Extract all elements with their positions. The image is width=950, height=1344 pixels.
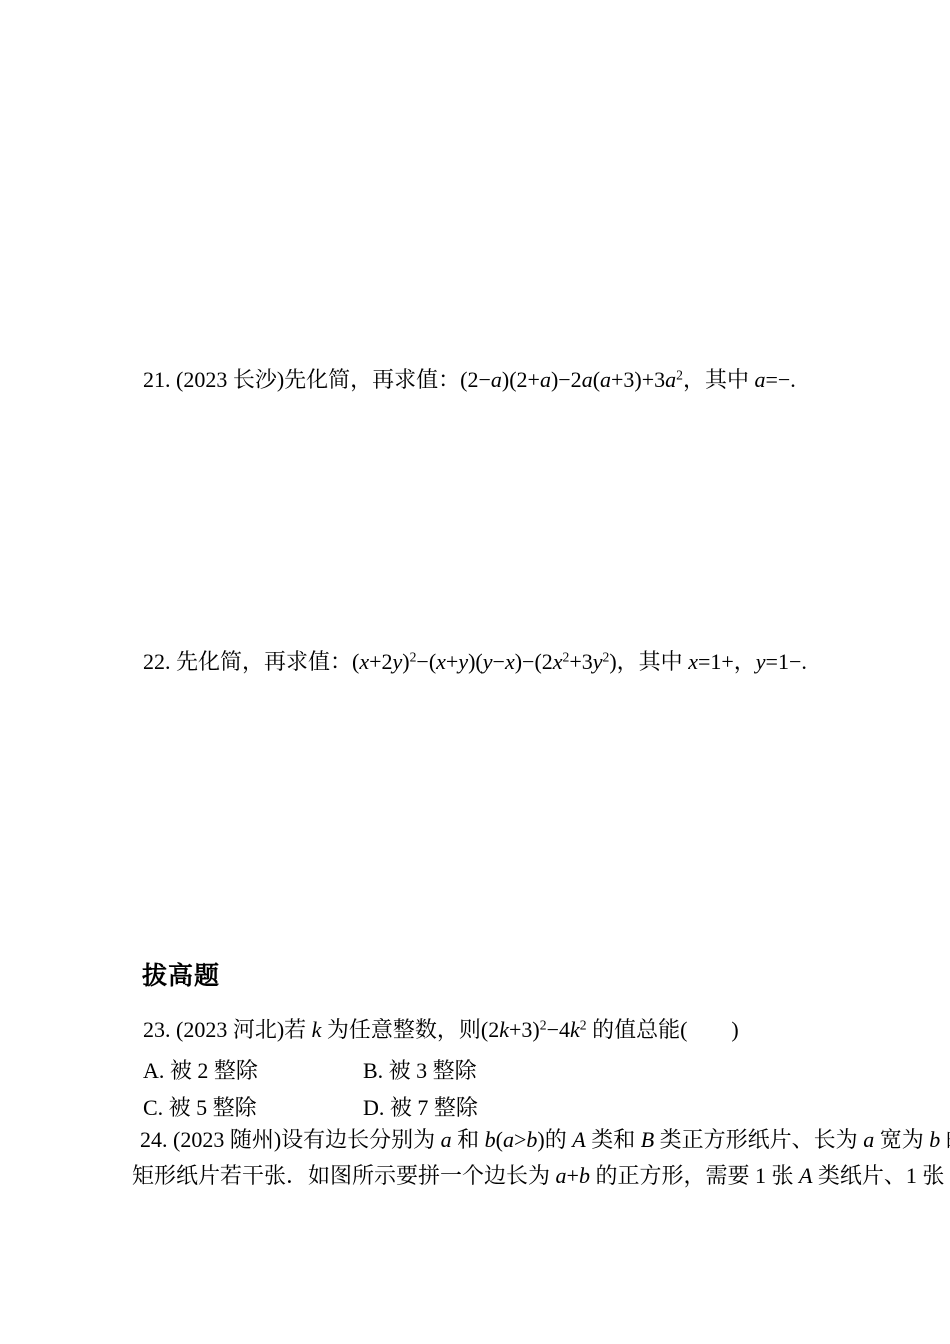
problem-23-option-b: B. 被 3 整除 xyxy=(363,1057,477,1085)
worksheet-page: 21. (2023 长沙)先化简，再求值：(2−a)(2+a)−2a(a+3)+… xyxy=(0,0,950,1344)
problem-24-text-line-1: 24. (2023 随州)设有边长分别为 a 和 b(a>b)的 A 类和 B … xyxy=(140,1126,950,1154)
problem-23-option-d: D. 被 7 整除 xyxy=(363,1094,478,1122)
problem-22-text: 22. 先化简，再求值：(x+2y)2−(x+y)(y−x)−(2x2+3y2)… xyxy=(143,648,807,676)
problem-23-stem: 23. (2023 河北)若 k 为任意整数，则(2k+3)2−4k2 的值总能… xyxy=(143,1016,739,1044)
problem-21-text: 21. (2023 长沙)先化简，再求值：(2−a)(2+a)−2a(a+3)+… xyxy=(143,366,796,394)
problem-24-text-line-2: 矩形纸片若干张．如图所示要拼一个边长为 a+b 的正方形，需要 1 张 A 类纸… xyxy=(132,1162,950,1190)
problem-23-option-a: A. 被 2 整除 xyxy=(143,1057,258,1085)
section-header: 拔高题 xyxy=(142,961,220,992)
problem-23-option-c: C. 被 5 整除 xyxy=(143,1094,257,1122)
